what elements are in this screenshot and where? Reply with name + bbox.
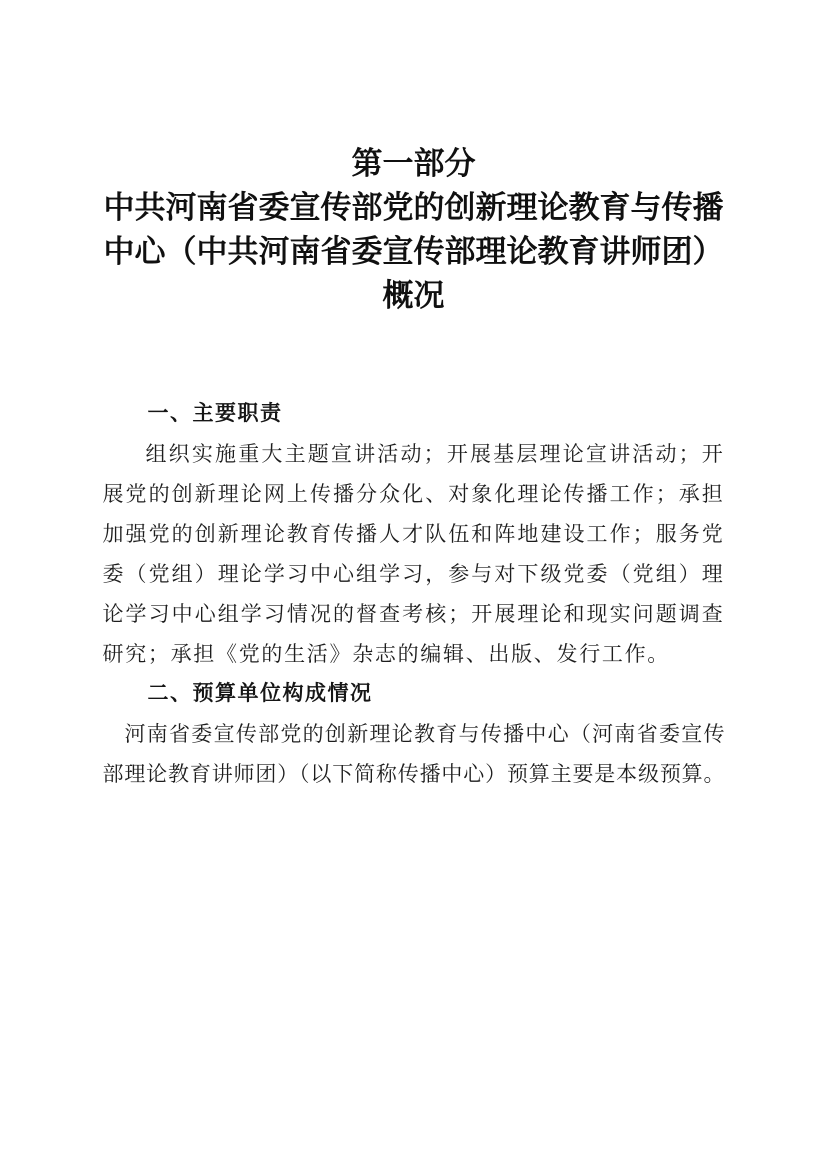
title-line-1: 中共河南省委宣传部党的创新理论教育与传播 [0, 186, 827, 230]
part-label: 第一部分 [0, 142, 827, 186]
text-line: 展党的创新理论网上传播分众化、对象化理论传播工作；承担 [103, 474, 725, 514]
title-line-3: 概况 [0, 274, 827, 318]
text-line: 论学习中心组学习情况的督查考核；开展理论和现实问题调查 [103, 594, 725, 634]
text-line: 组织实施重大主题宣讲活动；开展基层理论宣讲活动；开 [103, 434, 725, 474]
document-page: 第一部分 中共河南省委宣传部党的创新理论教育与传播 中心（中共河南省委宣传部理论… [0, 0, 827, 1170]
section-heading-duties: 一、主要职责 [103, 394, 725, 434]
text-line: 加强党的创新理论教育传播人才队伍和阵地建设工作；服务党 [103, 514, 725, 554]
text-line: 河南省委宣传部党的创新理论教育与传播中心（河南省委宣传 [103, 714, 725, 754]
text-line: 委（党组）理论学习中心组学习，参与对下级党委（党组）理 [103, 554, 725, 594]
title-line-2: 中心（中共河南省委宣传部理论教育讲师团） [0, 230, 827, 274]
paragraph-budget-units: 河南省委宣传部党的创新理论教育与传播中心（河南省委宣传 部理论教育讲师团）（以下… [103, 714, 725, 794]
paragraph-duties: 组织实施重大主题宣讲活动；开展基层理论宣讲活动；开 展党的创新理论网上传播分众化… [103, 434, 725, 674]
document-body: 一、主要职责 组织实施重大主题宣讲活动；开展基层理论宣讲活动；开 展党的创新理论… [103, 394, 725, 794]
section-heading-budget-units: 二、预算单位构成情况 [103, 674, 725, 714]
text-line: 部理论教育讲师团）（以下简称传播中心）预算主要是本级预算。 [103, 754, 725, 794]
document-title: 第一部分 中共河南省委宣传部党的创新理论教育与传播 中心（中共河南省委宣传部理论… [0, 0, 827, 318]
text-line: 研究；承担《党的生活》杂志的编辑、出版、发行工作。 [103, 634, 725, 674]
